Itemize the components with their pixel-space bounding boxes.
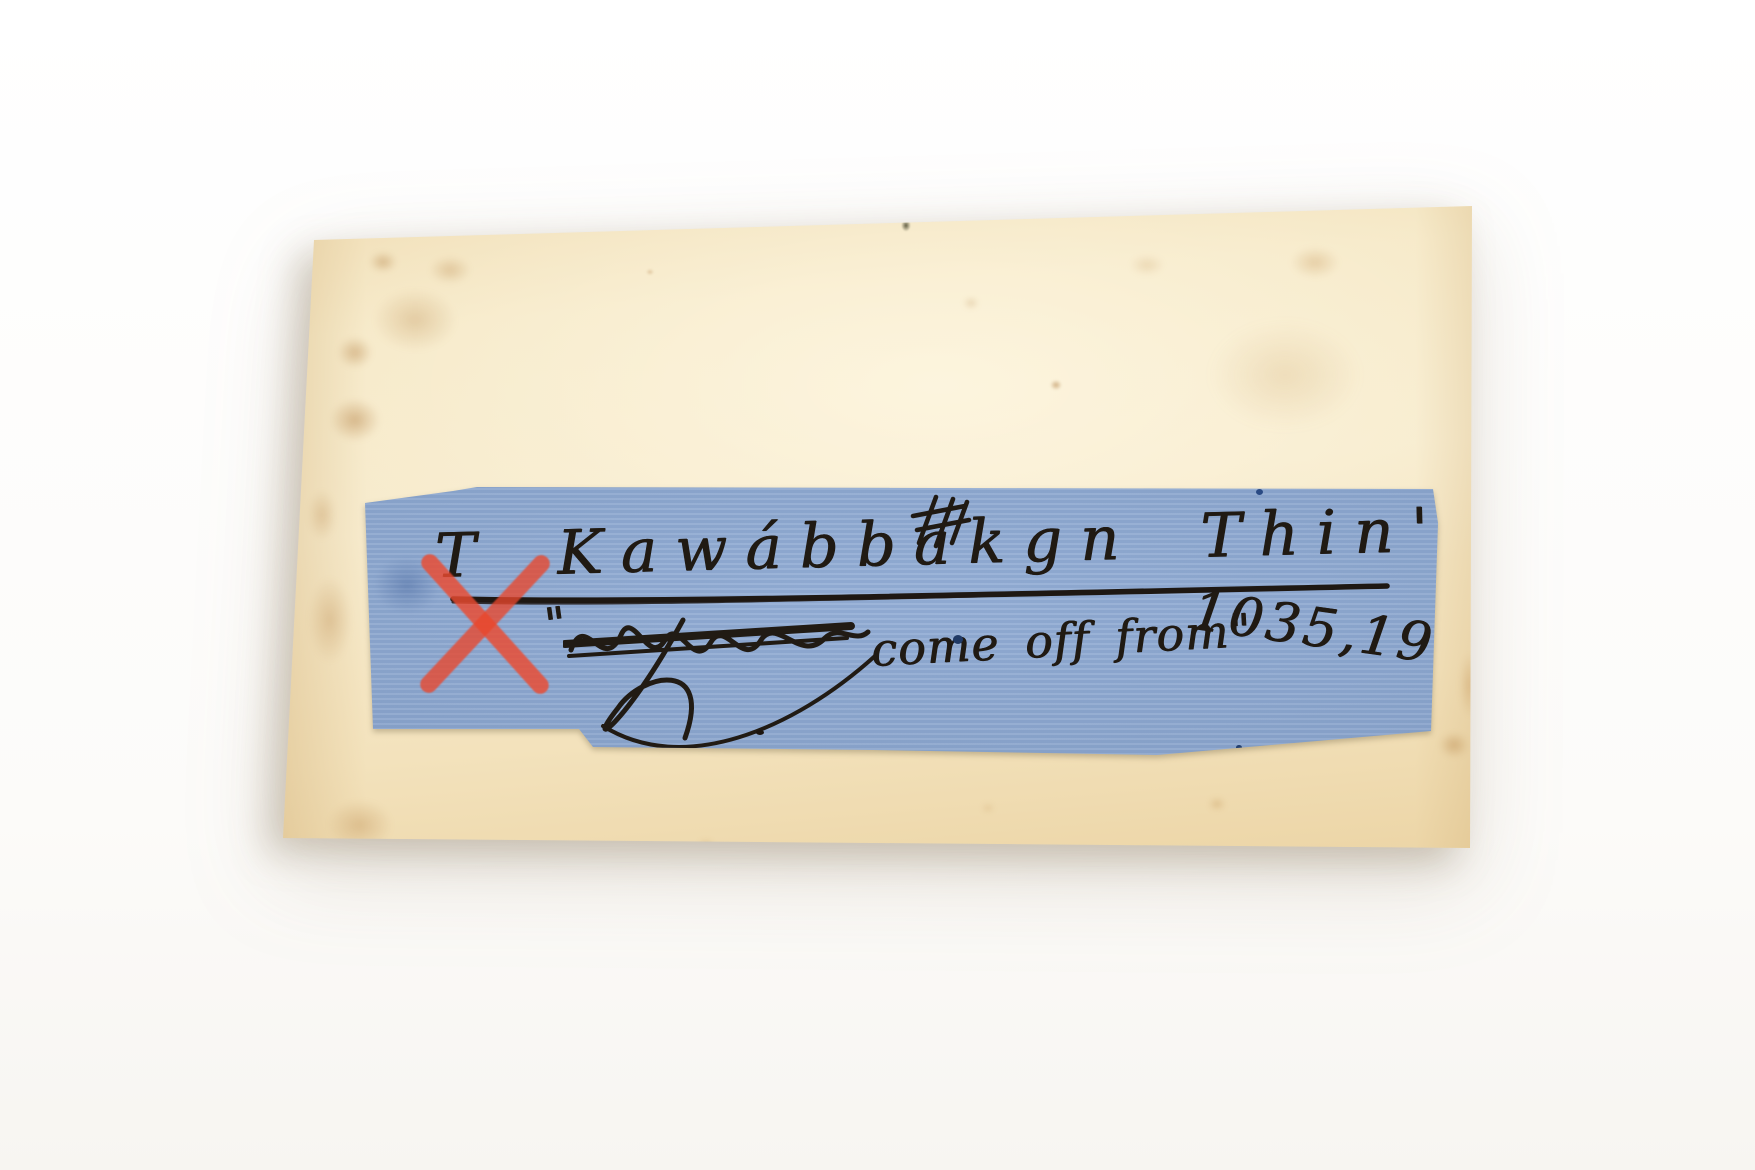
tally-marks [905,493,989,549]
stain [363,247,403,277]
red-x-mark [423,555,547,693]
stain [315,790,405,860]
ink-dot [953,635,963,644]
stain [320,390,390,450]
paper-card: T Kawábbakgn Thin'u [283,203,1475,853]
stain [1122,250,1172,280]
blue-slip: T Kawábbakgn Thin'u [365,487,1438,755]
stain [302,480,342,550]
ink-dot [1256,489,1263,495]
stain [1048,378,1064,392]
ink-dot [756,730,764,735]
photo-stage: T Kawábbakgn Thin'u [0,0,1755,1170]
stain [1205,795,1229,813]
stain [960,295,982,311]
stain [695,838,717,850]
stain [330,330,380,375]
stain [900,218,912,233]
struck-out-word [563,580,878,755]
stain [1455,640,1485,730]
stain [645,268,655,276]
paper-shadow: T Kawábbakgn Thin'u [0,0,1755,1170]
stain [1180,300,1390,450]
blue-slip-shadow: T Kawábbakgn Thin'u [365,487,1438,755]
ink-dot [1236,745,1242,750]
stain [1280,240,1350,285]
stain [300,560,360,680]
stain [980,802,996,814]
stain [420,250,480,290]
stain [1433,727,1475,763]
